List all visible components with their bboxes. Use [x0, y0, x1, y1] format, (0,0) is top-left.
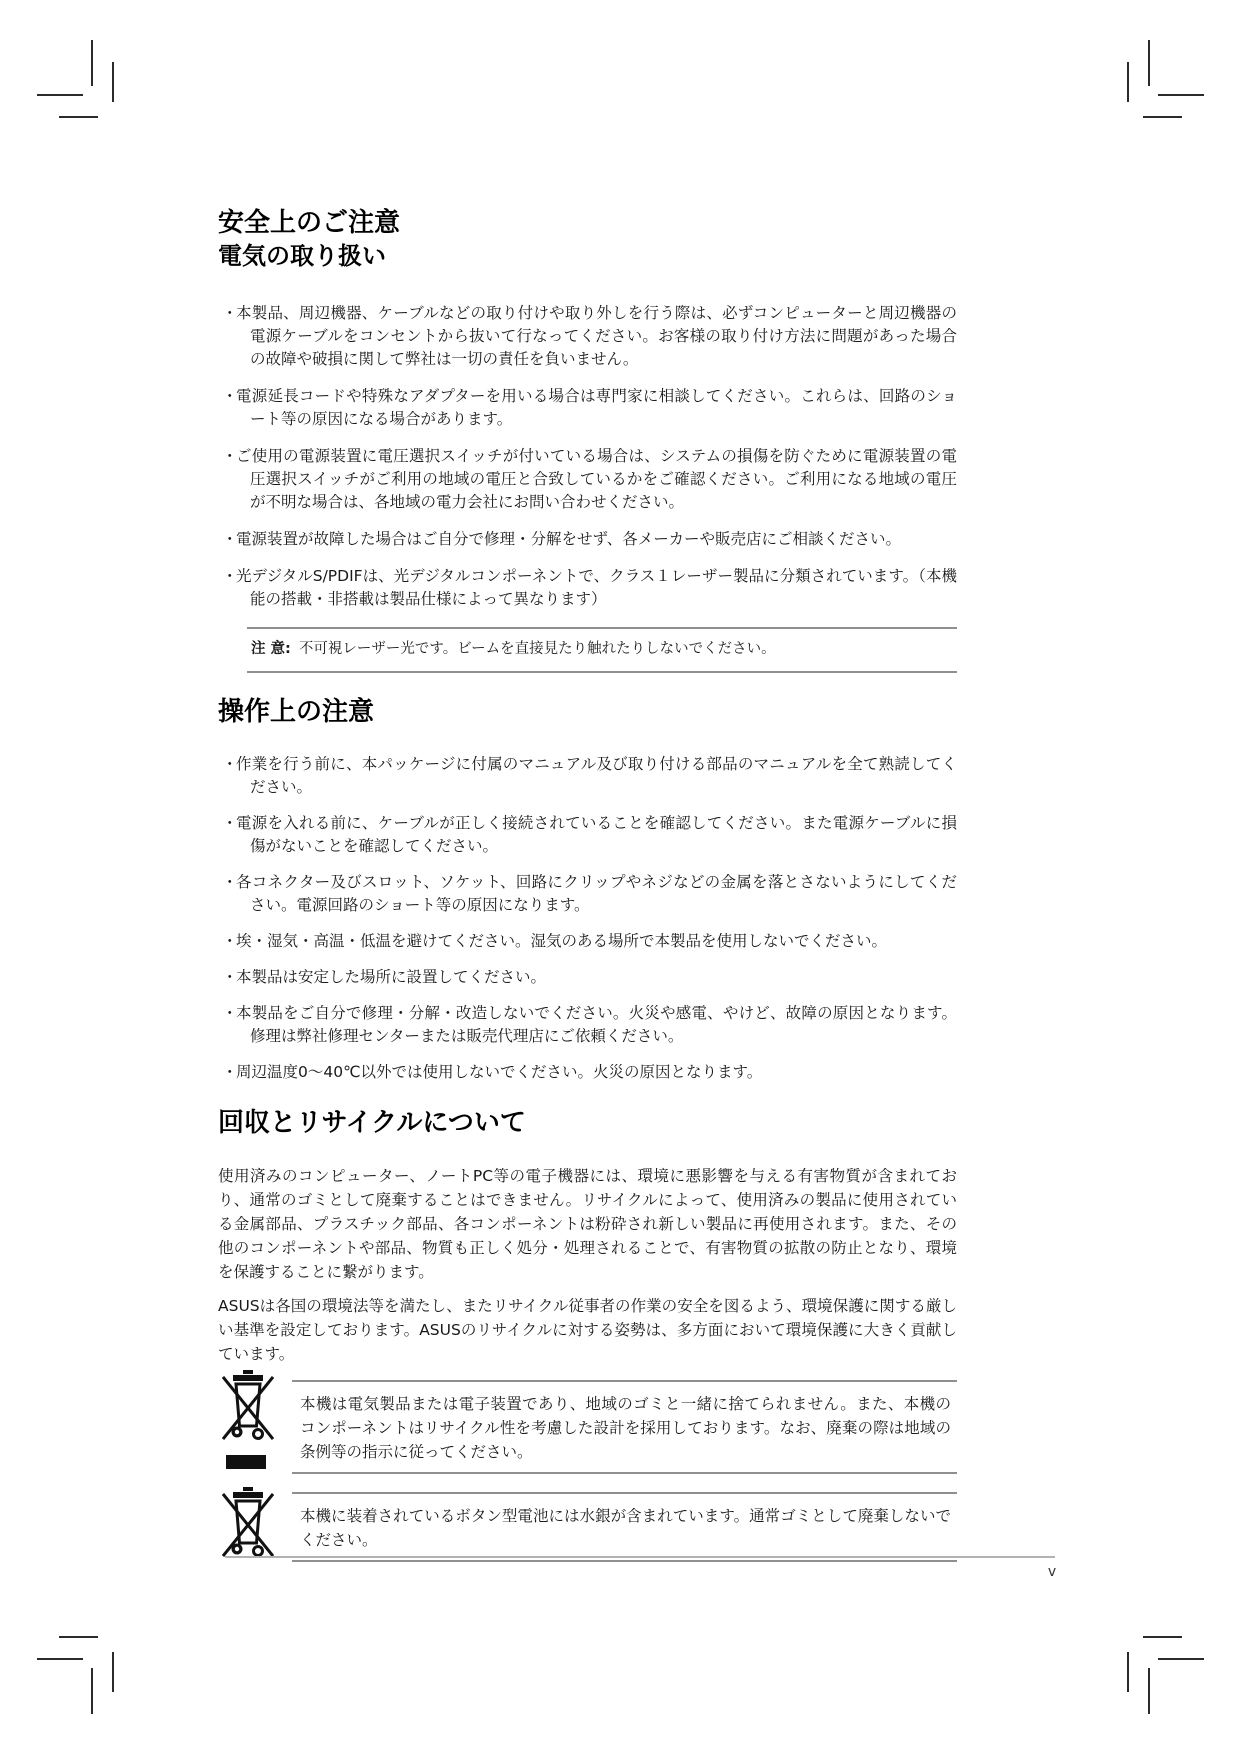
electrical-handling-heading: 電気の取り扱い — [218, 240, 957, 272]
list-item: 本製品は安定した場所に設置してください。 — [218, 966, 957, 989]
crop-mark — [37, 94, 83, 96]
crop-mark — [1127, 1652, 1129, 1692]
crop-mark — [59, 116, 98, 118]
crop-mark — [1127, 62, 1129, 102]
crop-mark — [1158, 1658, 1204, 1660]
recycling-paragraph: ASUSは各国の環境法等を満たし、またリサイクル従事者の作業の安全を図るよう、環… — [218, 1294, 957, 1366]
crop-mark — [91, 1668, 93, 1714]
footer-rule — [225, 1556, 1055, 1558]
crop-mark — [1143, 1636, 1182, 1638]
weee-crossed-out-wheeled-bin-icon — [222, 1486, 274, 1559]
recycling-heading: 回収とリサイクルについて — [218, 1106, 957, 1140]
list-item: 本製品、周辺機器、ケーブルなどの取り付けや取り外しを行う際は、必ずコンピューター… — [218, 302, 957, 371]
battery-notice-text: 本機に装着されているボタン型電池には水銀が含まれています。通常ゴミとして廃棄しな… — [300, 1507, 951, 1549]
weee-black-bar-icon — [226, 1455, 266, 1469]
crop-mark — [112, 1652, 114, 1692]
list-item: 電源延長コードや特殊なアダプターを用いる場合は専門家に相談してください。これらは… — [218, 385, 957, 431]
crop-mark — [1158, 94, 1204, 96]
list-item: ご使用の電源装置に電圧選択スイッチが付いている場合は、システムの損傷を防ぐために… — [218, 445, 957, 514]
battery-notice: 本機に装着されているボタン型電池には水銀が含まれています。通常ゴミとして廃棄しな… — [292, 1492, 957, 1562]
list-item: 埃・湿気・高温・低温を避けてください。湿気のある場所で本製品を使用しないでくださ… — [218, 930, 957, 953]
crop-mark — [37, 1658, 83, 1660]
caution-text: 不可視レーザー光です。ビームを直接見たり触れたりしないでください。 — [299, 641, 776, 657]
list-item: 光デジタルS/PDIFは、光デジタルコンポーネントで、クラス１レーザー製品に分類… — [218, 565, 957, 611]
crop-mark — [112, 62, 114, 102]
weee-crossed-out-wheeled-bin-icon — [222, 1369, 274, 1442]
operation-heading: 操作上の注意 — [218, 695, 957, 729]
crop-mark — [1148, 40, 1150, 86]
caution-label: 注 意: — [251, 641, 291, 657]
crop-mark — [1148, 1668, 1150, 1714]
crop-mark — [59, 1636, 98, 1638]
page-content: 安全上のご注意 電気の取り扱い 本製品、周辺機器、ケーブルなどの取り付けや取り外… — [218, 206, 957, 1562]
page-title: 安全上のご注意 — [218, 206, 957, 240]
weee-notice-text: 本機は電気製品または電子装置であり、地域のゴミと一緒に捨てられません。また、本機… — [300, 1395, 951, 1461]
list-item: 電源を入れる前に、ケーブルが正しく接続されていることを確認してください。また電源… — [218, 812, 957, 858]
recycling-paragraph: 使用済みのコンピューター、ノートPC等の電子機器には、環境に悪影響を与える有害物… — [218, 1164, 957, 1284]
list-item: 電源装置が故障した場合はご自分で修理・分解をせず、各メーカーや販売店にご相談くだ… — [218, 528, 957, 551]
caution-note: 注 意:不可視レーザー光です。ビームを直接見たり触れたりしないでください。 — [247, 627, 957, 673]
list-item: 作業を行う前に、本パッケージに付属のマニュアル及び取り付ける部品のマニュアルを全… — [218, 753, 957, 799]
crop-mark — [91, 40, 93, 86]
list-item: 各コネクター及びスロット、ソケット、回路にクリップやネジなどの金属を落とさないよ… — [218, 871, 957, 917]
page-number: v — [1042, 1564, 1062, 1580]
crop-mark — [1143, 116, 1182, 118]
list-item: 本製品をご自分で修理・分解・改造しないでください。火災や感電、やけど、故障の原因… — [218, 1002, 957, 1048]
weee-notice: 本機は電気製品または電子装置であり、地域のゴミと一緒に捨てられません。また、本機… — [292, 1380, 957, 1474]
list-item: 周辺温度0～40℃以外では使用しないでください。火災の原因となります。 — [218, 1061, 957, 1084]
